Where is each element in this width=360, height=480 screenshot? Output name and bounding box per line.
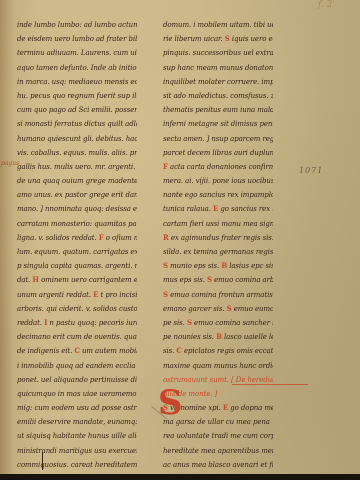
text-line: silda. ex temina germanas regis. sis. (163, 245, 273, 259)
text-line: i inmobilib quoq ad eandem ecclia (17, 359, 137, 373)
margin-date-annotation: 1071 (299, 166, 323, 175)
text-line: de eisdem uero lumbo ad frater biblica. (17, 32, 137, 46)
rubric-underline (232, 384, 308, 385)
text-line: ponet. uel aliquando pertinuisse dinosci… (17, 373, 137, 387)
text-line: reddat. I n pastu quoq: pecoris iurante (17, 316, 137, 330)
text-line: nante ego sancius rex impamplona in (163, 188, 273, 202)
text-line: si monasti ferratus dictus quilt adlabor… (17, 117, 137, 131)
text-line: terminu adiuuam. Laurens. cum uisa in (17, 46, 137, 60)
folio-number: f. 2' (318, 0, 335, 10)
text-line: cum quo pago ad Sci emilii. possendo ca (17, 103, 137, 117)
text-line: maxime quam munus hunc ordies et (163, 359, 273, 373)
text-line: emano garcer sis. S emuo eumco lo (163, 302, 273, 316)
text-line: tunica ralaua. E go sancius rex qui hac (163, 202, 273, 216)
text-line: de una quaq ouium grege madenter (17, 174, 137, 188)
text-line: dat. H ominem uero carrigantem ex ligno (17, 273, 137, 287)
text-line: pe nounies sis. B lasco uaielle leuenste (163, 330, 273, 344)
manuscript-page: f. 2' 1071 pagus inde lumbo lumbo: ad lu… (0, 0, 360, 474)
text-line: decimano erit cum de ouentis. quam (17, 330, 137, 344)
descender-stroke (42, 452, 43, 470)
text-line: inquilibet molater corruere. impius (163, 75, 273, 89)
text-line: S munio eps sis. B lasius epc sis. F urt… (163, 259, 273, 273)
text-line: carratam monasterio: quamitas patrata (17, 217, 137, 231)
text-line: mus eps sis. S emuo comina arbitr (163, 273, 273, 287)
text-line: pinquis. successoribus uel extraneus (163, 46, 273, 60)
text-line: emilii deservire mandate, eunamq: | ta (17, 415, 137, 429)
text-line: mig: cum eodem usu ad posse ostris (17, 401, 137, 415)
text-line: inferni metagne sit dimisus penitenta (163, 117, 273, 131)
text-line: inde lumbo lumbo: ad lumbo actum. (17, 18, 137, 32)
text-line: thematis penitus eum iuna maldrise (163, 103, 273, 117)
text-line: rie liberum uicar. S iquis uero eorum (163, 32, 273, 46)
text-line: de indigenis eit. C um autem mobilis (17, 344, 137, 358)
text-line: commiquosius. careat hereditatem et (17, 458, 137, 472)
text-line: sis. C epiclatos regis omis eccatione cu… (163, 344, 273, 358)
text-line: in marca. usq: mediaeuo mensis ecclu (17, 75, 137, 89)
text-line: sup hanc meam munus donatoniam (163, 61, 273, 75)
text-line: F acta carta donaniones confirmantis. (163, 160, 273, 174)
text-line: gallis hus. mulis uero. mr. argenti. & (17, 160, 137, 174)
text-line: rea uoluntate tradi me cum corpus & (163, 429, 273, 443)
text-line: unum argenti reddat. E t pro incisione (17, 288, 137, 302)
scan-edge (0, 474, 360, 480)
text-line: parcet decem libras auri duplum. (163, 146, 273, 160)
text-line: aquo tamen defunto. Inde ab initio (17, 61, 137, 75)
text-line: mera. ai. vijii. pone ious uocibus. R eg (163, 174, 273, 188)
text-line: domum. i mobilem uitam. tibi uelut (163, 18, 273, 32)
text-line: pe sis. S emuo comina sancher sis. S lo (163, 316, 273, 330)
text-line: p singula capita quamas. argenti. red (17, 259, 137, 273)
text-line: quicumquo in mas uiae ueramemo rec (17, 387, 137, 401)
text-line: ministrandi maritigus usu exercuerit: (17, 444, 137, 458)
text-line: hu. pecus quo regnum fuerit sup ilia (17, 89, 137, 103)
text-line: sit ado maledictus. comsfusus. zacta (163, 89, 273, 103)
text-line: humano quiescunt gli. debitus. hac (17, 132, 137, 146)
text-line: ligna. v. solidos reddat. F o ofium mi (17, 231, 137, 245)
text-line: lum. equum. quatum. carrigatas ex ligni (17, 245, 137, 259)
text-line: hereditate mea aparentibus meis concessa (163, 444, 273, 458)
text-line: vis. caballus. equus. mulis. aliis. prim (17, 146, 137, 160)
text-line: arboris. qui ciderit. v. solidos custodi (17, 302, 137, 316)
text-line: S emuo comina frontun armatis sis. S emu… (163, 288, 273, 302)
text-line: cartam fieri ussi manu mea sigmanus. | (163, 217, 273, 231)
text-line: ac anus mea blasco avenari et fines (163, 458, 273, 472)
text-line: mano. ] nnominata quoq: desissa ecclia (17, 202, 137, 216)
text-line: amo unus. ex pastor grege erit dan (17, 188, 137, 202)
left-text-column: inde lumbo lumbo: ad lumbo actum.de eisd… (17, 18, 137, 472)
text-line: R ex agimundus frater regis sis. C eme (163, 231, 273, 245)
text-line: secta amen. ] nsup aparcem regalem. (163, 132, 273, 146)
text-line: ut siquisq habitante hunus uille alic (17, 429, 137, 443)
